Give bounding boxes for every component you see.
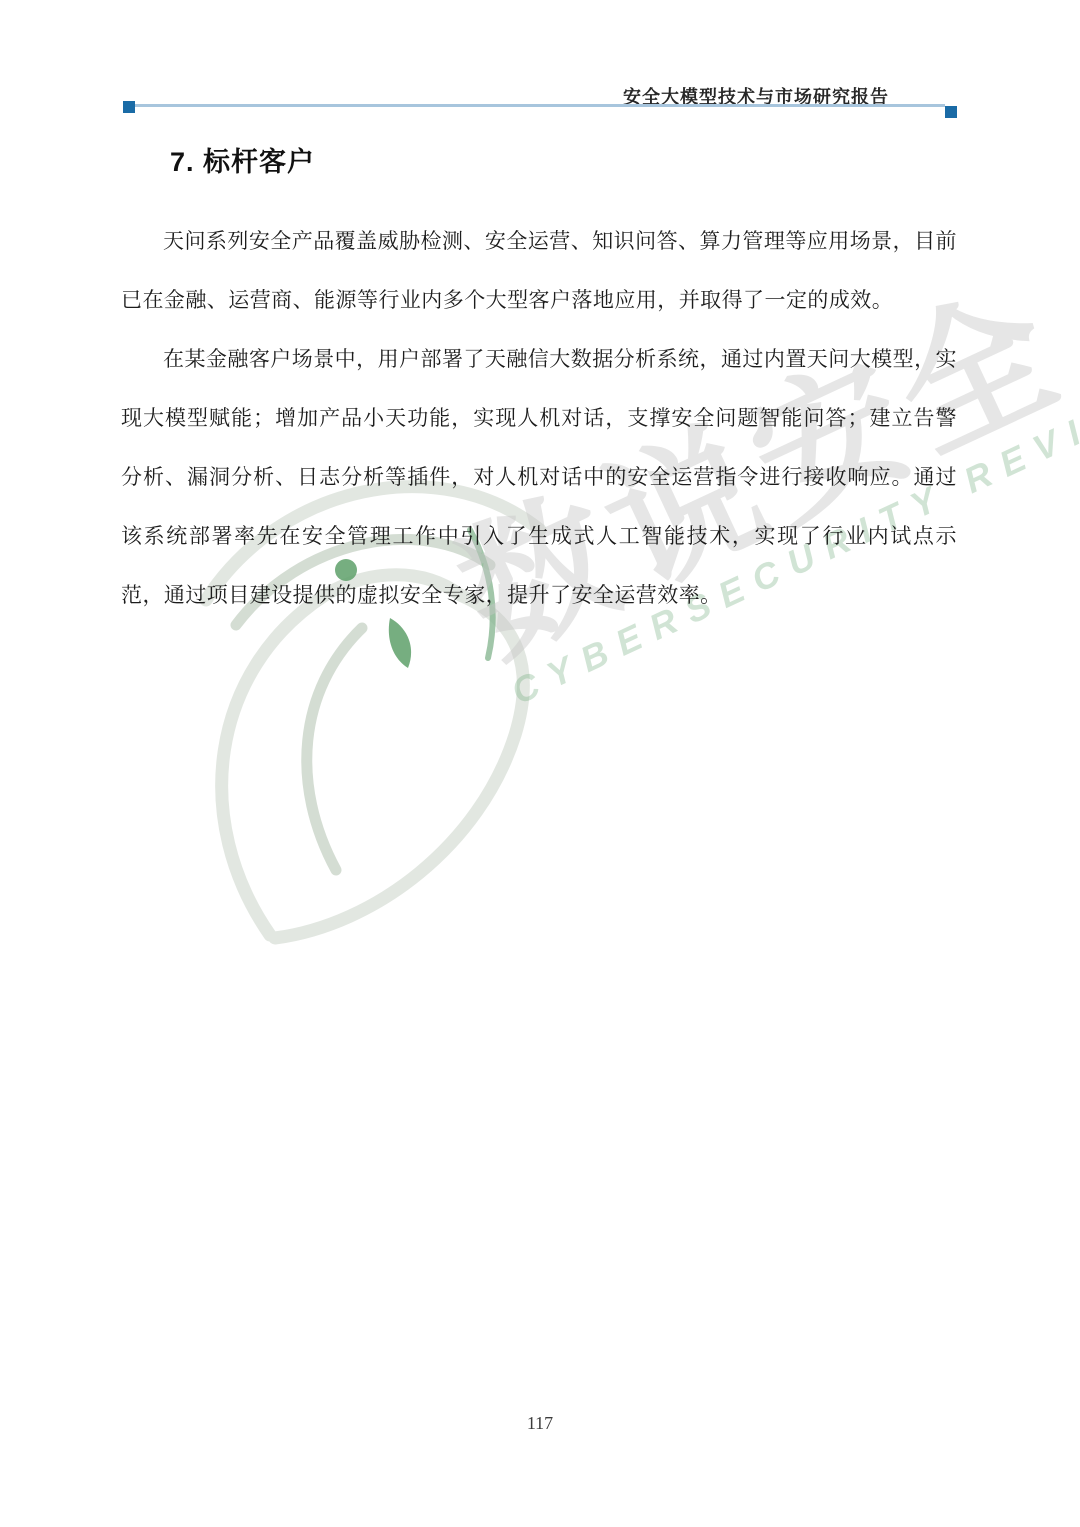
paragraph-1: 天问系列安全产品覆盖威胁检测、安全运营、知识问答、算力管理等应用场景，目前已在金… [121,212,957,330]
body-text: 天问系列安全产品覆盖威胁检测、安全运营、知识问答、算力管理等应用场景，目前已在金… [121,212,957,625]
paragraph-2: 在某金融客户场景中，用户部署了天融信大数据分析系统，通过内置天问大模型，实现大模… [121,330,957,625]
header-right-square [945,106,957,118]
section-heading: 7. 标杆客户 [170,140,315,179]
page-number: 117 [0,1413,1080,1434]
header-rule [135,104,945,107]
document-page: 数说安全 CYBERSECURITY REVIEW 安全大模型技术与市场研究报告… [0,0,1080,1527]
header-left-square [123,101,135,113]
